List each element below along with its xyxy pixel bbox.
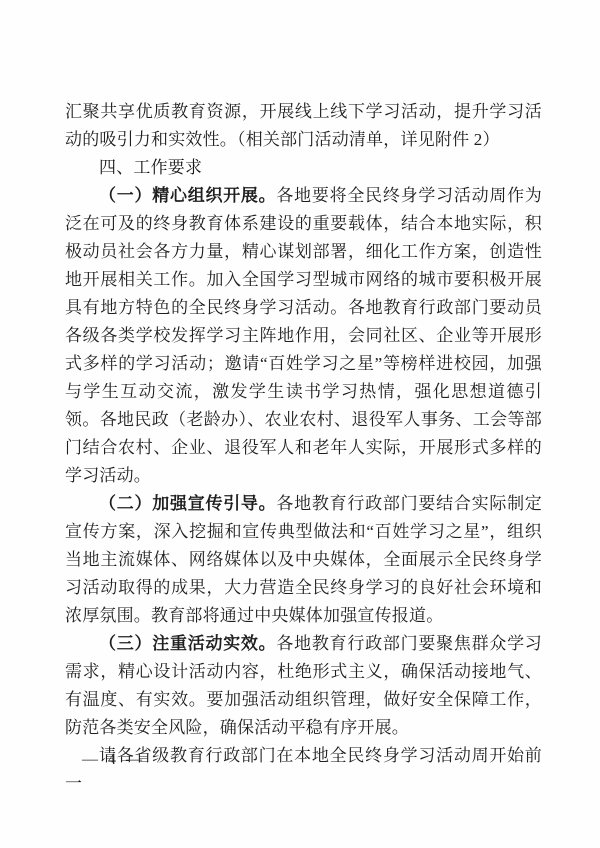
paragraph-lead: （二）加强宣传引导。 [99, 494, 276, 513]
page-number: — 4 — [82, 750, 145, 770]
document-body: 汇聚共享优质教育资源，开展线上线下学习活动，提升学习活动的吸引力和实效性。（相关… [65, 98, 542, 798]
section-heading: 四、工作要求 [65, 154, 542, 182]
paragraph-item-2: （二）加强宣传引导。各地教育行政部门要结合实际制定宣传方案，深入挖掘和宣传典型做… [65, 490, 542, 630]
paragraph-item-1: （一）精心组织开展。各地要将全民终身学习活动周作为泛在可及的终身教育体系建设的重… [65, 182, 542, 490]
paragraph-lead: （三）注重活动实效。 [99, 634, 276, 653]
paragraph-text: 各地教育行政部门要结合实际制定宣传方案，深入挖掘和宣传典型做法和“百姓学习之星”… [65, 494, 542, 625]
paragraph-lead: （一）精心组织开展。 [99, 186, 276, 205]
document-page: 汇聚共享优质教育资源，开展线上线下学习活动，提升学习活动的吸引力和实效性。（相关… [0, 0, 600, 848]
paragraph-text: 各地要将全民终身学习活动周作为泛在可及的终身教育体系建设的重要载体，结合本地实际… [65, 186, 542, 485]
paragraph-continuation: 汇聚共享优质教育资源，开展线上线下学习活动，提升学习活动的吸引力和实效性。（相关… [65, 98, 542, 154]
paragraph-item-3: （三）注重活动实效。各地教育行政部门要聚焦群众学习需求，精心设计活动内容，杜绝形… [65, 630, 542, 742]
